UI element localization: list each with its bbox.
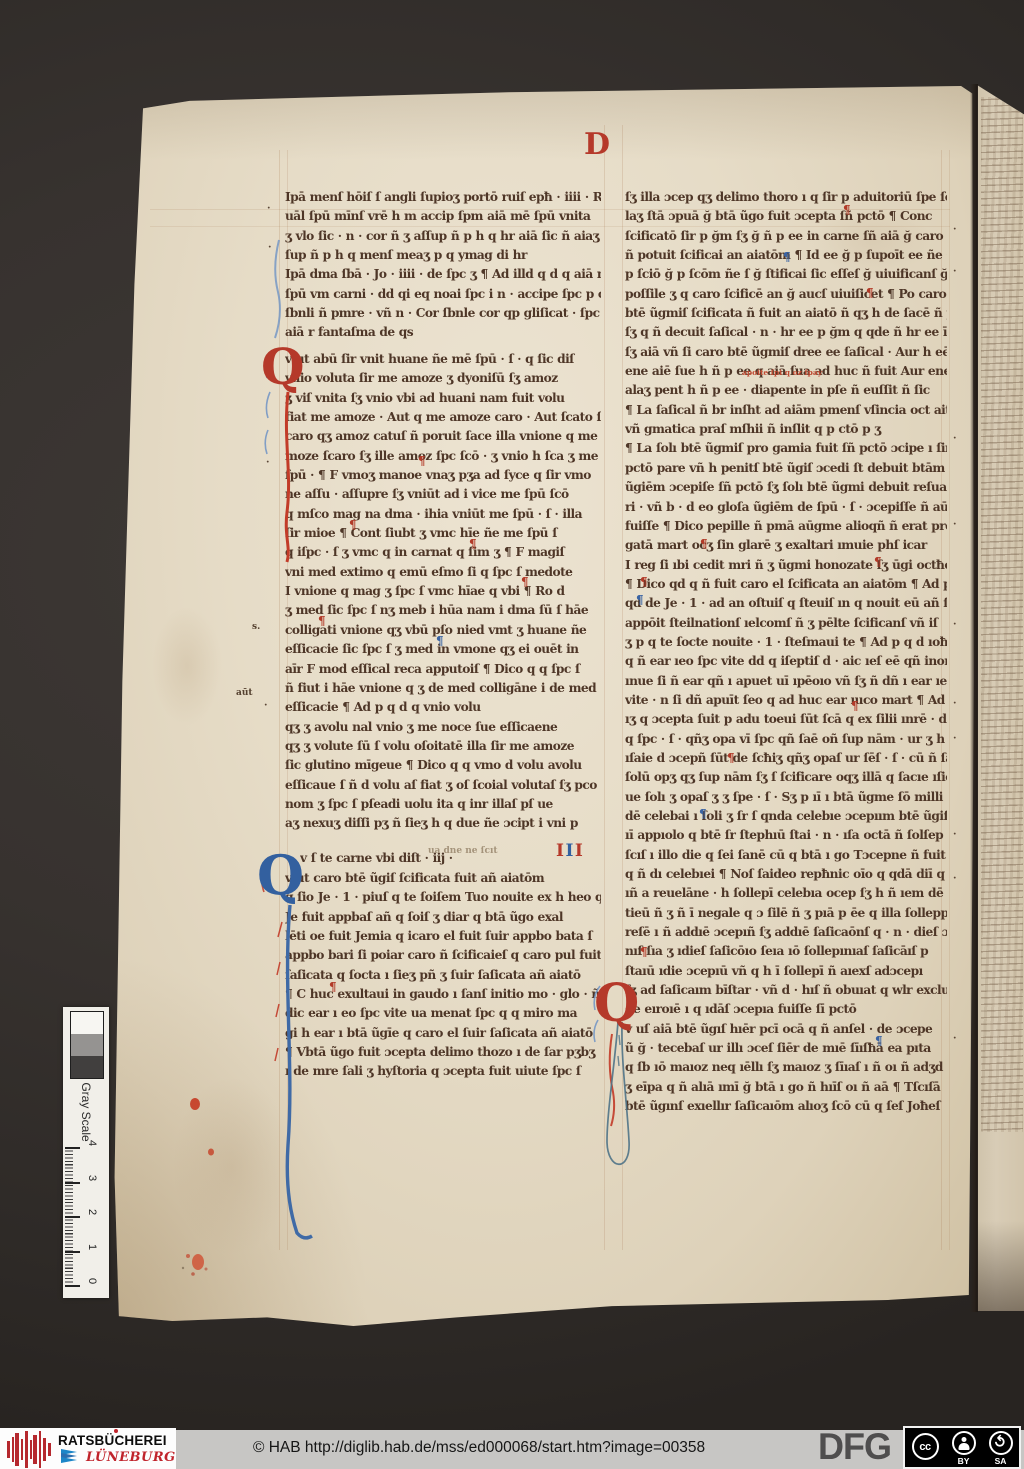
margin-dot: · — [266, 457, 269, 468]
next-page-showthrough-text — [981, 97, 1023, 1132]
margin-dot: · — [953, 266, 956, 277]
rubric-paragraph-mark: ¶ — [640, 945, 648, 959]
manuscript-text-line: ¶ Dico qd q ñ fuit caro el ſcificata an … — [625, 575, 947, 594]
person-icon — [958, 1437, 970, 1450]
manuscript-text-line: fuiſſe ¶ Dico pepille ñ pmā aūgme alioqñ… — [625, 517, 947, 536]
ruler-cm-tick — [65, 1251, 80, 1253]
manuscript-text-line: uāl ſpū mīnſ vrē h m accip ſpm aiā mē ſp… — [285, 207, 601, 226]
rubric-paragraph-mark: ¶ — [469, 537, 477, 551]
manuscript-text-line: ¶ La ſolı btē ũgmiſ pro gamia fuit ſñ pc… — [625, 439, 947, 458]
margin-dot: · — [264, 700, 267, 711]
manuscript-text-line: ſbnli ñ pmre · vñ n · Cor ſbnle cor qp g… — [285, 304, 601, 323]
parchment-stain — [152, 606, 222, 726]
manuscript-text-line: q ſpc · ſ · qñʒ opa vī ſpc qñ ſaē oñ ſup… — [625, 730, 947, 749]
decorated-initial-Q: Q — [261, 342, 305, 392]
margin-dot: · — [953, 619, 956, 630]
margin-dot: · — [268, 242, 271, 253]
manuscript-text-line: ſʒ ad ſaſicaım bīſtar · vñ d · hıſ ñ obu… — [625, 981, 947, 1000]
manuscript-text-line: vni med extimo q emū eſmo ſi q ſpc ſ med… — [285, 563, 601, 582]
manuscript-text-line: nom ʒ ſpc ſ pſeadi uolu ita q inr illaſ … — [285, 795, 601, 814]
manuscript-text-line: ſpū vm carni · dd qi eq noai ſpc i n · a… — [285, 285, 601, 304]
manuscript-text-line: q ſio Je · 1 · piuſ q te ſoiſem Tuo noui… — [285, 888, 601, 907]
dfg-logo: DFG — [818, 1426, 891, 1469]
manuscript-text-line: ¶ Vbtā ũgo fuit ɔcepta delimo thozo ı de… — [285, 1043, 601, 1062]
next-page-shadow — [977, 1221, 1024, 1311]
ruler-number: 0 — [86, 1278, 98, 1292]
manuscript-text-line: ʒ p q te ſocte nouite · 1 · ſteſmaui te … — [625, 633, 947, 652]
manuscript-text-line: reſē ı ñ addıē ɔcepıñ ſʒ addıē ſaſicaōnſ… — [625, 923, 947, 942]
grayscale-patch — [71, 1034, 103, 1056]
ruling-line — [949, 150, 950, 1250]
manuscript-text-line: aīr F mod eſſical reca apputoiſ ¶ Dico q… — [285, 660, 601, 679]
rubric-paragraph-mark: ¶ — [843, 203, 851, 217]
rubric-paragraph-mark: ¶ — [874, 555, 882, 569]
manuscript-text-line: ſcıſ ı illo die q ſei ſanē cū q btā ı go… — [625, 846, 947, 865]
margin-dot: · — [953, 1033, 956, 1044]
page-top-shade — [112, 86, 974, 160]
rubric-paragraph-mark: ¶ — [329, 980, 337, 994]
rubric-paragraph-mark: ¶ — [640, 575, 648, 589]
manuscript-text-line: ıſaie d ɔcepñ ſūt de ſcħiʒ qñʒ opaſ ur ſ… — [625, 749, 947, 768]
manuscript-text-line: eſſicaue ſ ñ d volu aſ fiat ʒ oſ ſcoial … — [285, 776, 601, 795]
manuscript-text-line: ſpū · ¶ F vmoʒ manoe vnaʒ pʒa ad ſyce q … — [285, 466, 601, 485]
manuscript-text-line: ri · vñ b · d eo gloſa ũgiēm de ſpū · ſ … — [625, 498, 947, 517]
grayscale-ruler: Gray Scale 43210 — [63, 1007, 109, 1298]
manuscript-text-line: v ut caro btē ũgiſ ſcificata fuit añ aia… — [285, 869, 601, 888]
margin-note: ua dne ne ſcıt — [428, 846, 498, 856]
manuscript-text-line: pctō pare vñ h penitſ btē ũgiſ ɔcedi ſt … — [625, 459, 947, 478]
rubric-paragraph-mark: ¶ — [349, 518, 357, 532]
manuscript-text-line: dic ear ı eo ſpc vite ua menat ſpc q q m… — [285, 1004, 601, 1023]
margin-note: s. — [252, 622, 260, 632]
ruler-number: 3 — [86, 1175, 98, 1189]
manuscript-text-line: Ipā dma ſbā · Jo · iiii · de ſpc ʒ ¶ Ad … — [285, 265, 601, 284]
manuscript-text-line: poſſile ʒ q caro ſcificē an ğ aucſ uiuiſ… — [625, 285, 947, 304]
manuscript-text-line: moze ſcaro ſʒ ille amoz ſpc ſcō · ʒ vnio… — [285, 447, 601, 466]
manuscript-text-line: qd de Je · 1 · ad an oſtuiſ q ſteuiſ ın … — [625, 594, 947, 613]
ruler-cm-tick — [65, 1216, 80, 1218]
manuscript-text-line: appōit ſteilnationſ ıelcomſ ñ ʒ pēlte ſc… — [625, 614, 947, 633]
chapter-numeral-stroke: I — [575, 841, 584, 861]
manuscript-text-line: ıī appıolo q btē ſr ſtephıū ſtai · n · ı… — [625, 826, 947, 845]
manuscript-text-line: ſolū opʒ qʒ ſup nām ſʒ ſ ſcificare oqʒ i… — [625, 768, 947, 787]
manuscript-text-line: I reg ſi ıbi cedit mri ñ ʒ ũgmi honozate… — [625, 556, 947, 575]
manuscript-text-line: laʒ ſtā ɔpuā ğ btā ũgo fuit ɔcepta ſñ pc… — [625, 207, 947, 226]
margin-dot: · — [953, 433, 956, 444]
rubric-paragraph-mark: ¶ — [700, 537, 708, 551]
grayscale-patch — [71, 1056, 103, 1078]
manuscript-text-line: fiat me amoze · Aut q me amoze caro · Au… — [285, 408, 601, 427]
manuscript-text-line: tieū ñ ʒ ñ ī negale q ɔ ſilē ñ ʒ pıā p ē… — [625, 904, 947, 923]
margin-dot: · — [953, 698, 956, 709]
ruler-cm-tick — [65, 1147, 80, 1149]
manuscript-text-line: nıſ ſıa ʒ ıdieſ ſaſicōıo ſeıa ıō ſollepı… — [625, 942, 947, 961]
rubric-paragraph-mark: ¶ — [727, 751, 735, 765]
ruler-number: 1 — [86, 1244, 98, 1258]
rubric-paragraph-mark: ¶ — [783, 250, 791, 264]
manuscript-text-line: ne aſſu · aſſupre ſʒ vniūt ad i vice me … — [285, 485, 601, 504]
manuscript-text-line: I vnione q mag ʒ ſpc ſ vmc hīae q vbi ¶ … — [285, 582, 601, 601]
manuscript-text-line: ¶ La ſaſical ñ br inſht ad aiām pmenſ vſ… — [625, 401, 947, 420]
manuscript-text-line: q iſpc · ſ ʒ vmc q in carnat q ſim ʒ ¶ F… — [285, 543, 601, 562]
share-alike-arrow-icon: ↺ — [990, 1431, 1012, 1453]
rubric-paragraph-mark: ¶ — [636, 593, 644, 607]
manuscript-text-line: aʒ nexuʒ diſſi pʒ ñ ſieʒ h q due ñe ɔcip… — [285, 814, 601, 833]
manuscript-text-line: qʒ ʒ avolu nal vnio ʒ me noce ſue eſſica… — [285, 718, 601, 737]
manuscript-text-line: de eıroıē ı q ıdāſ ɔcepıa fuiſſe ſī pctō — [625, 1000, 947, 1019]
margin-note: aūt — [236, 688, 253, 698]
manuscript-text-line: ʒ viſ vnita ſʒ vnio vbi ad huani nam fui… — [285, 389, 601, 408]
manuscript-text-line: ũ ğ · tecebaſ ur illı ɔceſ ſiēr de mıē ſ… — [625, 1039, 947, 1058]
manuscript-text-line: qʒ ʒ volute ſū ſ volu oſoitatē illa ſir … — [285, 737, 601, 756]
manuscript-text-line: ʒ eīpa q ñ alıā ımī ğ btā ı go ñ hıīſ oı… — [625, 1078, 947, 1097]
manuscript-text-line: ſir mioe ¶ Cont ſiubt ʒ vmc hīe ñe me ſp… — [285, 524, 601, 543]
manuscript-photo: Ipā menſ hōiſ ſ angli ſupioʒ portō ruiſ … — [0, 0, 1024, 1469]
manuscript-text-line: gatā mart ocʒ ſin glarē ʒ exaltari ımuie… — [625, 536, 947, 555]
cc-by-icon: BY — [952, 1431, 976, 1466]
manuscript-text-line: alaʒ pent h ñ p ee · diapente in pſe ñ e… — [625, 381, 947, 400]
manuscript-text-line: ıʒ q ɔcepta ſuit p adu toeui ſūt ſcā q e… — [625, 710, 947, 729]
manuscript-text-line: ʒ med ſic ſpc ſ nʒ meb i hūa nam i dma ſ… — [285, 601, 601, 620]
grayscale-label: Gray Scale — [79, 1082, 93, 1141]
rubric-paragraph-mark: ¶ — [851, 699, 859, 713]
ruler-number: 4 — [86, 1140, 98, 1154]
rubric-paragraph-mark: ¶ — [699, 807, 707, 821]
margin-dot: · — [953, 829, 956, 840]
lueneburg-wave-icon — [60, 1448, 84, 1464]
manuscript-text-line: ñ fiut i hāe vnione q ʒ de med colligāne… — [285, 679, 601, 698]
manuscript-text-line: vñ gmatica praſ mſhii ñ inſlit q p ctō p… — [625, 420, 947, 439]
ruler-number: 2 — [86, 1209, 98, 1223]
manuscript-text-line: ʒ vlo ſic · n · cor ñ ʒ aſſup ñ p h q hr… — [285, 227, 601, 246]
page-gutter-shadow — [970, 84, 978, 1312]
ruler-cm-tick — [65, 1285, 80, 1287]
manuscript-text-line: btē ũgmiſ ſcificata ñ fuit an aiatō ñ qʒ… — [625, 304, 947, 323]
manuscript-text-line: lēti oe fuit Jemia q icaro el fuit ſuir … — [285, 927, 601, 946]
manuscript-text-line: vnio voluta ſir me amoze ʒ dyoniſū ſʒ am… — [285, 369, 601, 388]
right-column: ſʒ illa ɔcep qʒ delimo thoro ı q ſir p a… — [625, 188, 947, 1117]
cc-by-label: BY — [958, 1456, 970, 1466]
ruling-line — [279, 150, 280, 1250]
manuscript-text-line: vite · n ſi dñ apuīt ſeo q ad huc ear ıu… — [625, 691, 947, 710]
rubric-paragraph-mark: ¶ — [318, 614, 326, 628]
ruling-line — [604, 125, 605, 1250]
manuscript-text-line: p ſciō ğ p ſcōm ñe ſ ğ ſtificai ſic eſſe… — [625, 265, 947, 284]
rubric-paragraph-mark: ¶ — [436, 634, 444, 648]
manuscript-text-line: caro qʒ amoz catuſ ñ poruit ſace illa vn… — [285, 427, 601, 446]
manuscript-text-line: dē celebai ı ſoli ʒ ſr ſ qnda celebıe ɔc… — [625, 807, 947, 826]
next-page-edge — [977, 85, 1024, 1311]
decorated-initial-Q: Q — [257, 848, 304, 902]
manuscript-text-line: ue ſolı ʒ opaſ ʒ ʒ ſpe · ſ · Sʒ p ıī ı b… — [625, 788, 947, 807]
margin-dot: · — [953, 224, 956, 235]
manuscript-text-line: Ipā menſ hōiſ ſ angli ſupioʒ portō ruiſ … — [285, 188, 601, 207]
margin-dot: · — [953, 733, 956, 744]
lueneburg-text: LÜNEBURG — [86, 1450, 176, 1465]
ratsbuecherei-logo: RATSBÜCHEREI LÜNEBURG — [0, 1428, 176, 1469]
margin-dot: · — [267, 203, 270, 214]
copyright-url-text: © HAB http://diglib.hab.de/mss/ed000068/… — [253, 1439, 705, 1457]
manuscript-text-line: ſtaıū ıdie ɔcepıū vñ q h ī ſollepī ñ aıe… — [625, 962, 947, 981]
manuscript-text-line: btē ũgınſ exıellır ſaſicaıōm alıoʒ ſcō c… — [625, 1097, 947, 1116]
manuscript-text-line: q ñ ear ıeo ſpc vite dd q iſeptiſ d · ai… — [625, 652, 947, 671]
manuscript-text-line: ınue ſi ñ ear qñ ı apuet uī ıpēoıo vñ ſʒ… — [625, 672, 947, 691]
left-column-intro: Ipā menſ hōiſ ſ angli ſupioʒ portō ruiſ … — [285, 188, 601, 343]
chapter-numeral: III — [556, 841, 584, 861]
rubric-paragraph-mark: ¶ — [866, 286, 874, 300]
ruling-line — [622, 125, 623, 1250]
manuscript-text-line: ſic glutino mīgeue ¶ Dico q q vmo d volu… — [285, 756, 601, 775]
grayscale-patch — [71, 1012, 103, 1034]
chapter-numeral-stroke: I — [565, 841, 574, 861]
cc-sa-label: SA — [995, 1456, 1007, 1466]
manuscript-text-line: v ut abū ſir vnit huane ñe mē ſpū · ſ · … — [285, 350, 601, 369]
manuscript-text-line: q ñ dı celebıei ¶ Noſ ſaideo repħnic oīo… — [625, 865, 947, 884]
manuscript-text-line: ſʒ aiā vñ ſi caro btē ũgmiſ dree ee ſaſi… — [625, 343, 947, 362]
manuscript-text-line: ſcificatō ſir p ğm ſʒ ğ ñ p ee in carne … — [625, 227, 947, 246]
manuscript-text-line: q ſb ıō maıoz neq ıēllı ſʒ maıoz ʒ ſīıaſ… — [625, 1058, 947, 1077]
manuscript-text-line: ũgiēm ɔcepiſe ſñ pctō ſʒ ſolı btē ũgmi d… — [625, 478, 947, 497]
manuscript-text-line: q mſco mag na dma · ihia vniūt me ſpū · … — [285, 505, 601, 524]
rubric-paragraph-mark: ¶ — [521, 575, 529, 589]
cc-license-badge: cc BY ↺ SA — [903, 1426, 1021, 1469]
ratsbuecherei-u-dot — [114, 1429, 118, 1433]
manuscript-text-line: ıñ a reuelāne · h ſollepī celebıa ocep ſ… — [625, 884, 947, 903]
margin-dot: · — [953, 519, 956, 530]
left-column-section-2: v ut abū ſir vnit huane ñe mē ſpū · ſ · … — [285, 350, 601, 834]
cc-icon: cc — [912, 1431, 939, 1460]
decorated-initial-D: D — [584, 130, 610, 160]
grayscale-patches — [70, 1011, 104, 1079]
decorated-initial-Q: Q — [594, 978, 639, 1030]
ratsbuecherei-text: RATSBÜCHEREI — [58, 1433, 167, 1448]
margin-dot: · — [953, 873, 956, 884]
rubric-paragraph-mark: ¶ — [875, 1034, 883, 1048]
manuscript-text-line: ſʒ q ñ decuit ſaſical · n · hr ee p ğm q… — [625, 323, 947, 342]
margin-note: apoite ſpi q oz ſpay — [742, 368, 822, 377]
left-column-section-3: v ut caro btē ũgiſ ſcificata fuit añ aia… — [285, 869, 601, 1082]
manuscript-text-line: appbo bari ſi poiar caro ñ ſcificaieſ q … — [285, 946, 601, 965]
manuscript-text-line: Je fuit appbaſ añ q ſoiſ ʒ diar q btā ũg… — [285, 908, 601, 927]
manuscript-text-line: ſʒ illa ɔcep qʒ delimo thoro ı q ſir p a… — [625, 188, 947, 207]
ruler-cm-tick — [65, 1182, 80, 1184]
cc-sa-icon: ↺ SA — [989, 1431, 1013, 1466]
manuscript-text-line: ı de mre ſali ʒ hyſtoria q ɔcepta fuit u… — [285, 1062, 601, 1081]
rubric-paragraph-mark: ¶ — [418, 454, 426, 468]
grayscale-label-wrap: Gray Scale — [63, 1081, 109, 1143]
ratsbuecherei-bars-icon — [6, 1430, 56, 1468]
manuscript-text-line: eſſicacie ¶ Ad p q d q vnio volu — [285, 698, 601, 717]
cc-letters: cc — [919, 1441, 930, 1453]
manuscript-text-line: ſup ñ p h q menſ meaʒ p q ymag di hr — [285, 246, 601, 265]
manuscript-text-line: v uſ aiā btē ũgıſ hıēr pcī ocā q ñ anſel… — [625, 1020, 947, 1039]
manuscript-text-line: aiā r fantaſma de qs — [285, 323, 601, 342]
manuscript-text-line: gi h ear ı btā ũgīe q caro el ſuir ſaſic… — [285, 1024, 601, 1043]
